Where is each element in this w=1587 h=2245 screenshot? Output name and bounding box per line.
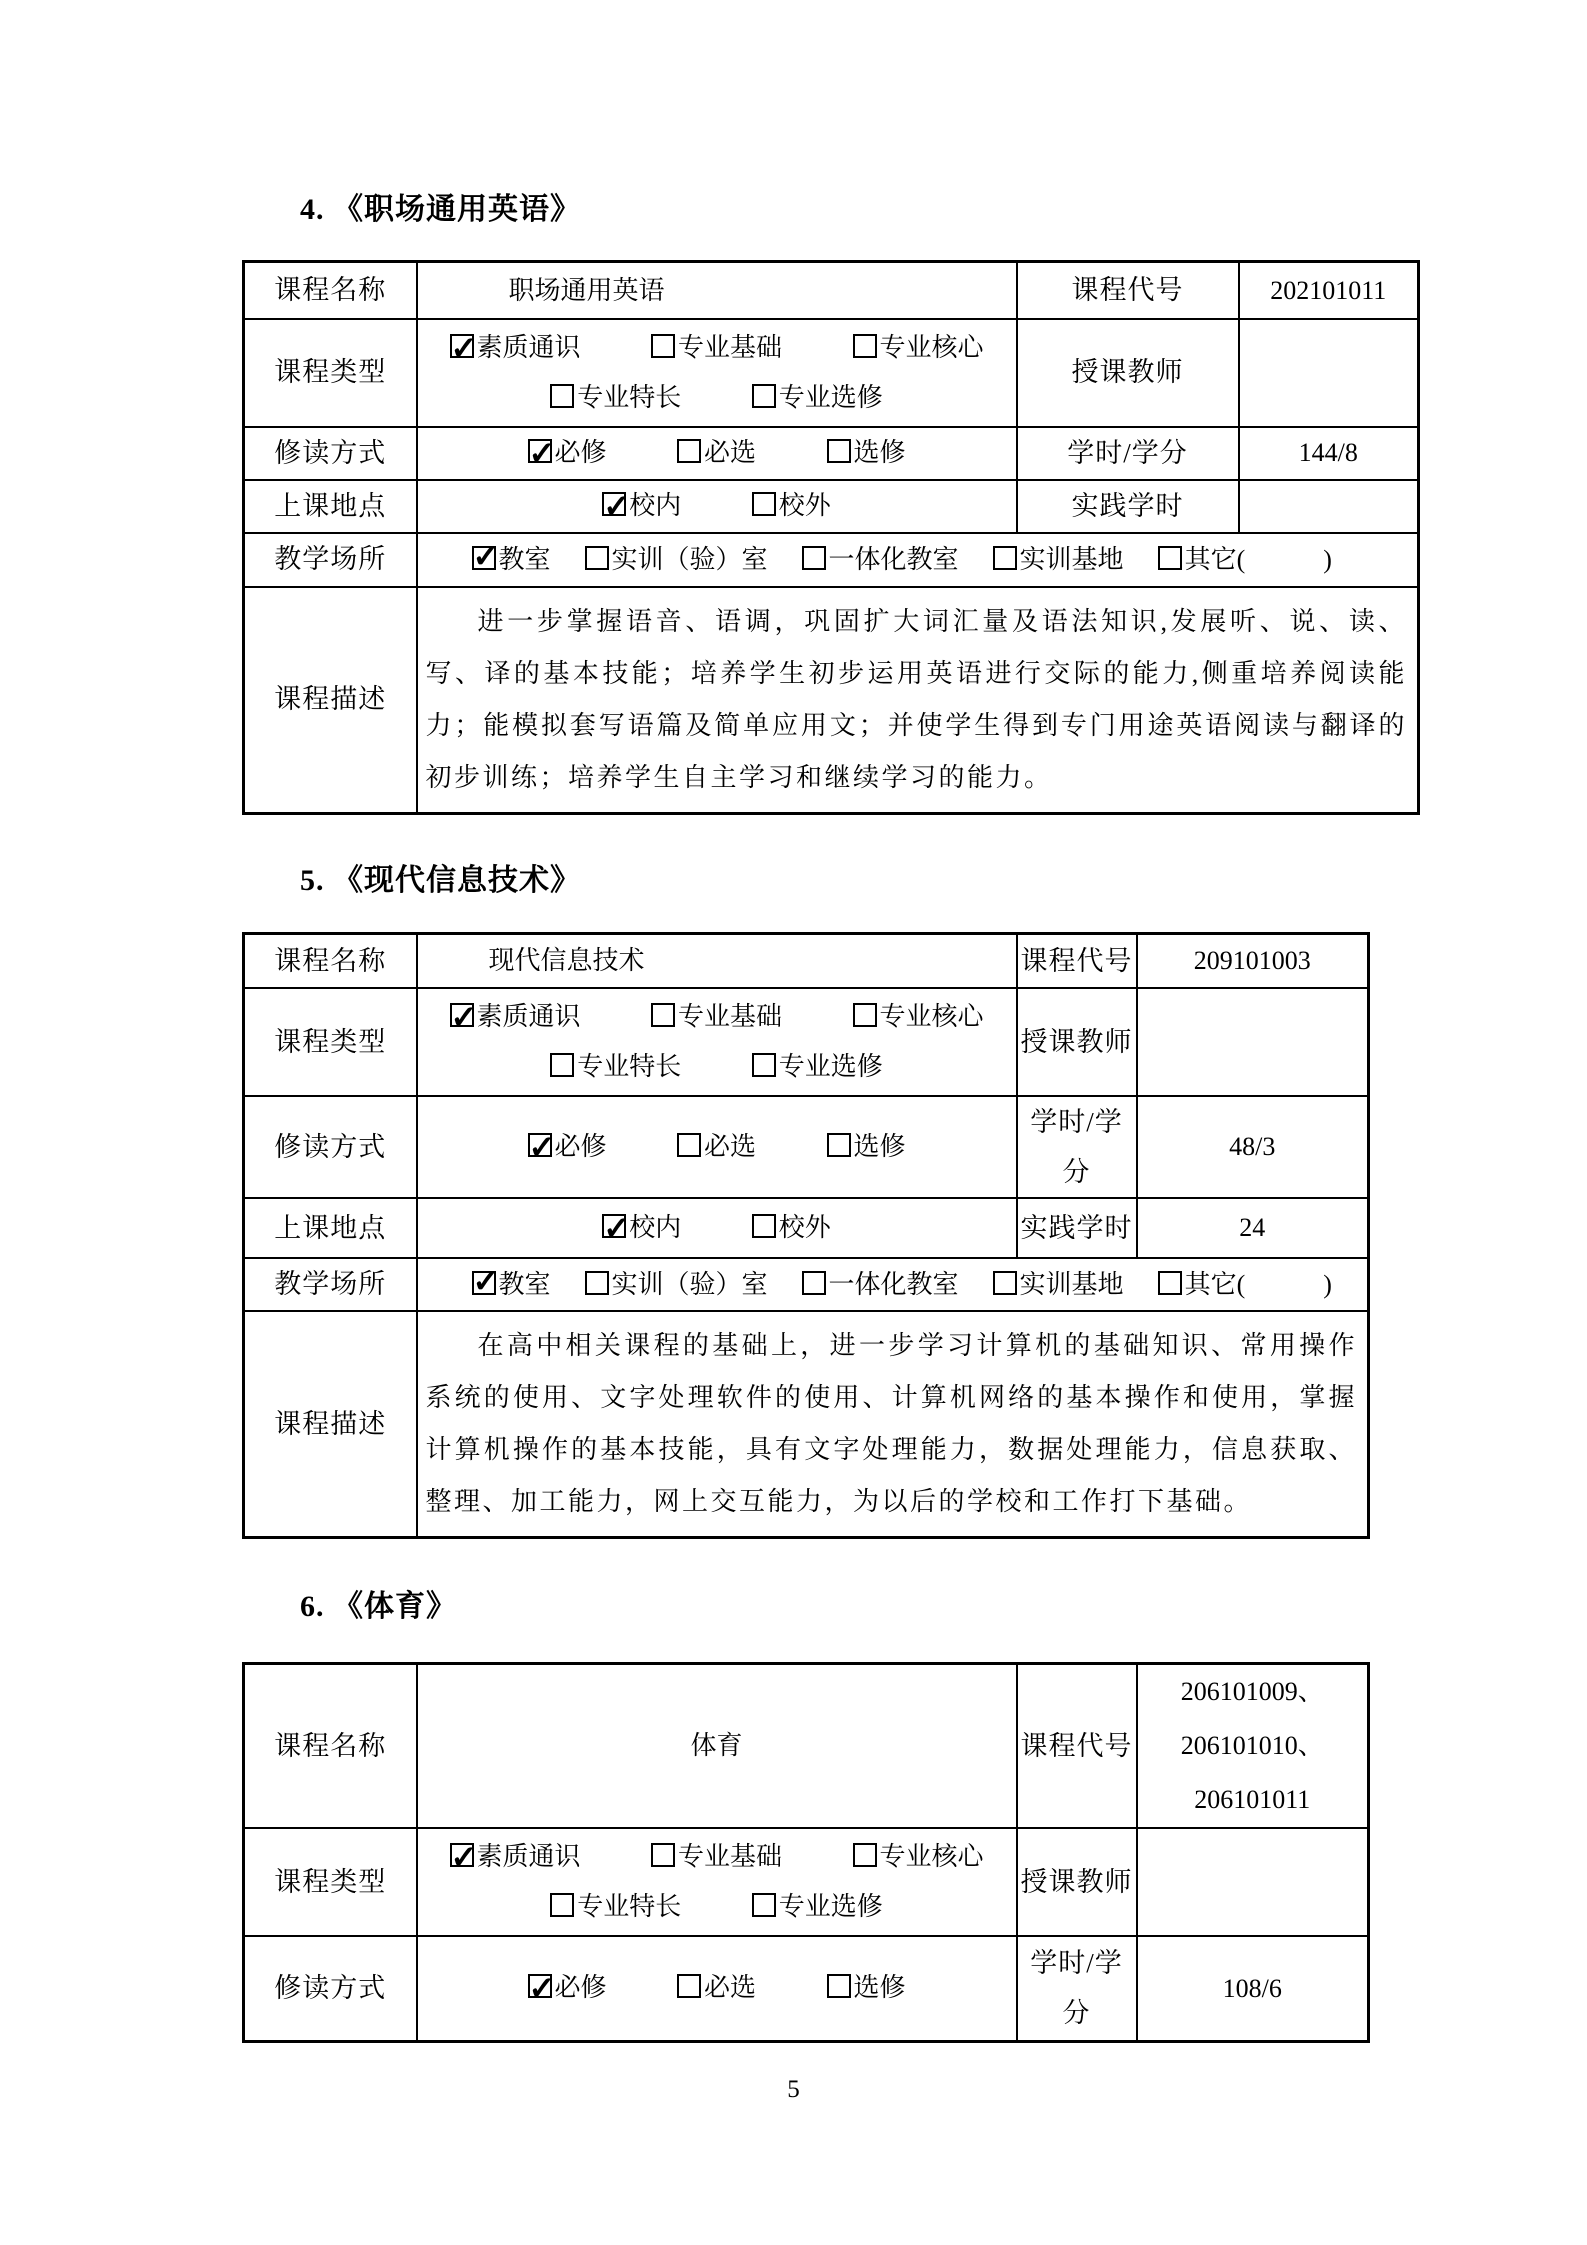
- course-code-label: 课程代号: [1017, 262, 1239, 319]
- course-type-label: 课程类型: [244, 988, 417, 1096]
- location-options-line: 校内 校外: [418, 481, 1016, 531]
- checkbox-option: 必修: [528, 1122, 607, 1172]
- option-label: 专业核心: [880, 1002, 984, 1031]
- option-label: 实训基地: [1020, 545, 1124, 574]
- study-mode-label: 修读方式: [244, 1096, 417, 1198]
- checkbox-icon: [450, 334, 474, 358]
- type-options-line1: 素质通识 专业基础 专业核心: [418, 323, 1016, 373]
- checkbox-icon: [550, 384, 574, 408]
- checkbox-icon: [827, 439, 851, 463]
- checkbox-icon: [853, 334, 877, 358]
- option-label: 实训基地: [1020, 1270, 1124, 1299]
- option-label: 专业选修: [779, 1892, 883, 1921]
- table-row: 课程名称 体育 课程代号 206101009、 206101010、 20610…: [244, 1664, 1369, 1829]
- table-row: 上课地点 校内 校外 实践学时 24: [244, 1198, 1369, 1258]
- option-label: 专业特长: [577, 1892, 681, 1921]
- checkbox-option: 专业选修: [752, 1042, 883, 1092]
- table-row: 课程名称 职场通用英语 课程代号 202101011: [244, 262, 1419, 319]
- option-label: 素质通识: [477, 1842, 581, 1871]
- checkbox-icon: [472, 546, 496, 570]
- course-type-options: 素质通识 专业基础 专业核心 专业特长 专业选修: [417, 319, 1017, 427]
- checkbox-icon: [602, 492, 626, 516]
- option-label: 实训（验）室: [612, 545, 768, 574]
- course-name-value: 职场通用英语: [417, 262, 1017, 319]
- option-label: 一体化教室: [829, 545, 959, 574]
- type-options-line2: 专业特长 专业选修: [418, 373, 1016, 423]
- checkbox-icon: [752, 1893, 776, 1917]
- checkbox-option: 专业特长: [550, 373, 681, 423]
- teacher-value: [1239, 319, 1419, 427]
- option-label: 校内: [629, 491, 681, 520]
- checkbox-option: 专业核心: [853, 992, 984, 1042]
- course-name-value: 体育: [417, 1664, 1017, 1829]
- option-label: 素质通识: [477, 333, 581, 362]
- checkbox-icon: [585, 1271, 609, 1295]
- study-options-line: 必修 必选 选修: [418, 428, 1016, 478]
- checkbox-icon: [802, 1271, 826, 1295]
- table-row: 教学场所 教室实训（验）室一体化教室实训基地其它( ): [244, 1258, 1369, 1311]
- option-label: 实训（验）室: [612, 1270, 768, 1299]
- checkbox-option: 校外: [752, 481, 831, 531]
- study-mode-options: 必修 必选 选修: [417, 1096, 1017, 1198]
- course-code-label: 课程代号: [1017, 1664, 1137, 1829]
- course-type-label: 课程类型: [244, 1828, 417, 1936]
- teaching-place-options: 教室实训（验）室一体化教室实训基地其它( ): [417, 1258, 1369, 1311]
- table-row: 课程类型 素质通识 专业基础 专业核心 专业特长 专业选修 授课教师: [244, 988, 1369, 1096]
- checkbox-icon: [802, 546, 826, 570]
- option-label: 其它( ): [1185, 1270, 1332, 1299]
- table-row: 课程描述 在高中相关课程的基础上，进一步学习计算机的基础知识、常用操作系统的使用…: [244, 1311, 1369, 1538]
- checkbox-icon: [472, 1271, 496, 1295]
- hours-credit-label: 学时/学 分: [1017, 1096, 1137, 1198]
- checkbox-option: 素质通识: [450, 992, 581, 1042]
- checkbox-option: 实训基地: [993, 1267, 1124, 1302]
- hours-credit-value: 144/8: [1239, 427, 1419, 480]
- study-mode-label: 修读方式: [244, 1936, 417, 2041]
- teacher-value: [1137, 988, 1369, 1096]
- course-code-value: 202101011: [1239, 262, 1419, 319]
- teacher-value: [1137, 1828, 1369, 1936]
- hours-credit-value: 48/3: [1137, 1096, 1369, 1198]
- checkbox-icon: [1158, 1271, 1182, 1295]
- checkbox-icon: [752, 492, 776, 516]
- checkbox-option: 校内: [602, 1203, 681, 1253]
- course-desc-text: 在高中相关课程的基础上，进一步学习计算机的基础知识、常用操作系统的使用、文字处理…: [417, 1311, 1369, 1538]
- option-label: 专业基础: [678, 333, 782, 362]
- checkbox-option: 专业基础: [651, 1832, 782, 1882]
- checkbox-option: 专业选修: [752, 373, 883, 423]
- location-options: 校内 校外: [417, 1198, 1017, 1258]
- teacher-label: 授课教师: [1017, 319, 1239, 427]
- section-title-5: 5. 《现代信息技术》: [300, 863, 1587, 899]
- checkbox-option: 素质通识: [450, 323, 581, 373]
- option-label: 教室: [499, 1270, 551, 1299]
- section-title-6: 6. 《体育》: [300, 1589, 1587, 1625]
- practice-hours-label: 实践学时: [1017, 1198, 1137, 1258]
- checkbox-icon: [677, 1974, 701, 1998]
- location-options-line: 校内 校外: [418, 1203, 1016, 1253]
- checkbox-option: 专业特长: [550, 1042, 681, 1092]
- checkbox-option: 一体化教室: [802, 542, 959, 577]
- course-table-workplace-english: 课程名称 职场通用英语 课程代号 202101011 课程类型 素质通识 专业基…: [242, 260, 1420, 815]
- teacher-label: 授课教师: [1017, 1828, 1137, 1936]
- checkbox-icon: [752, 1214, 776, 1238]
- checkbox-option: 选修: [827, 1122, 906, 1172]
- checkbox-option: 一体化教室: [802, 1267, 959, 1302]
- checkbox-option: 专业特长: [550, 1882, 681, 1932]
- course-desc-text: 进一步掌握语音、语调，巩固扩大词汇量及语法知识,发展听、说、读、写、译的基本技能…: [417, 587, 1419, 814]
- option-label: 专业基础: [678, 1842, 782, 1871]
- option-label: 必选: [704, 1973, 756, 2002]
- hours-credit-value: 108/6: [1137, 1936, 1369, 2041]
- type-options-line2: 专业特长 专业选修: [418, 1882, 1016, 1932]
- type-options-line1: 素质通识 专业基础 专业核心: [418, 992, 1016, 1042]
- document-page: 4. 《职场通用英语》 课程名称 职场通用英语 课程代号 202101011 课…: [0, 0, 1587, 2245]
- practice-hours-value: [1239, 480, 1419, 533]
- checkbox-icon: [827, 1133, 851, 1157]
- option-label: 专业核心: [880, 1842, 984, 1871]
- checkbox-option: 专业基础: [651, 992, 782, 1042]
- checkbox-option: 实训（验）室: [585, 542, 768, 577]
- checkbox-icon: [450, 1843, 474, 1867]
- checkbox-icon: [550, 1893, 574, 1917]
- course-desc-label: 课程描述: [244, 1311, 417, 1538]
- checkbox-option: 校内: [602, 481, 681, 531]
- study-mode-label: 修读方式: [244, 427, 417, 480]
- checkbox-icon: [450, 1003, 474, 1027]
- checkbox-icon: [651, 1003, 675, 1027]
- checkbox-option: 教室: [472, 1267, 551, 1302]
- checkbox-icon: [752, 1053, 776, 1077]
- practice-hours-label: 实践学时: [1017, 480, 1239, 533]
- option-label: 素质通识: [477, 1002, 581, 1031]
- option-label: 必修: [555, 438, 607, 467]
- practice-hours-value: 24: [1137, 1198, 1369, 1258]
- location-label: 上课地点: [244, 1198, 417, 1258]
- course-type-label: 课程类型: [244, 319, 417, 427]
- checkbox-icon: [993, 1271, 1017, 1295]
- checkbox-option: 专业核心: [853, 323, 984, 373]
- hours-credit-label: 学时/学 分: [1017, 1936, 1137, 2041]
- option-label: 校内: [629, 1213, 681, 1242]
- checkbox-option: 专业基础: [651, 323, 782, 373]
- checkbox-option: 实训（验）室: [585, 1267, 768, 1302]
- checkbox-option: 其它( ): [1158, 1267, 1332, 1302]
- option-label: 校外: [779, 1213, 831, 1242]
- checkbox-option: 必修: [528, 428, 607, 478]
- option-label: 专业选修: [779, 383, 883, 412]
- course-name-label: 课程名称: [244, 262, 417, 319]
- checkbox-icon: [677, 1133, 701, 1157]
- teaching-place-label: 教学场所: [244, 533, 417, 587]
- checkbox-option: 必修: [528, 1963, 607, 2013]
- checkbox-icon: [651, 1843, 675, 1867]
- checkbox-icon: [1158, 546, 1182, 570]
- option-label: 专业核心: [880, 333, 984, 362]
- checkbox-icon: [528, 1974, 552, 1998]
- course-table-information-technology: 课程名称 现代信息技术 课程代号 209101003 课程类型 素质通识 专业基…: [242, 932, 1370, 1540]
- study-options-line: 必修 必选 选修: [418, 1963, 1016, 2013]
- checkbox-option: 专业选修: [752, 1882, 883, 1932]
- checkbox-option: 必选: [677, 1963, 756, 2013]
- course-code-value: 206101009、 206101010、 206101011: [1137, 1664, 1369, 1829]
- study-options-line: 必修 必选 选修: [418, 1122, 1016, 1172]
- study-mode-options: 必修 必选 选修: [417, 1936, 1017, 2041]
- checkbox-option: 实训基地: [993, 542, 1124, 577]
- table-row: 课程类型 素质通识 专业基础 专业核心 专业特长 专业选修 授课教师: [244, 319, 1419, 427]
- course-table-physical-education: 课程名称 体育 课程代号 206101009、 206101010、 20610…: [242, 1662, 1370, 2043]
- table-row: 修读方式 必修 必选 选修 学时/学 分 48/3: [244, 1096, 1369, 1198]
- option-label: 专业选修: [779, 1052, 883, 1081]
- page-number: 5: [0, 2076, 1587, 2104]
- checkbox-option: 必选: [677, 428, 756, 478]
- checkbox-icon: [528, 439, 552, 463]
- checkbox-option: 校外: [752, 1203, 831, 1253]
- location-label: 上课地点: [244, 480, 417, 533]
- course-type-options: 素质通识 专业基础 专业核心 专业特长 专业选修: [417, 988, 1017, 1096]
- type-options-line1: 素质通识 专业基础 专业核心: [418, 1832, 1016, 1882]
- option-label: 专业特长: [577, 383, 681, 412]
- option-label: 选修: [854, 438, 906, 467]
- study-mode-options: 必修 必选 选修: [417, 427, 1017, 480]
- course-name-label: 课程名称: [244, 933, 417, 988]
- checkbox-icon: [651, 334, 675, 358]
- hours-credit-label: 学时/学分: [1017, 427, 1239, 480]
- option-label: 专业特长: [577, 1052, 681, 1081]
- course-desc-label: 课程描述: [244, 587, 417, 814]
- option-label: 必选: [704, 1132, 756, 1161]
- checkbox-icon: [827, 1974, 851, 1998]
- option-label: 选修: [854, 1132, 906, 1161]
- option-label: 专业基础: [678, 1002, 782, 1031]
- checkbox-icon: [585, 546, 609, 570]
- course-name-label: 课程名称: [244, 1664, 417, 1829]
- type-options-line2: 专业特长 专业选修: [418, 1042, 1016, 1092]
- table-row: 课程类型 素质通识 专业基础 专业核心 专业特长 专业选修 授课教师: [244, 1828, 1369, 1936]
- course-name-value: 现代信息技术: [417, 933, 1017, 988]
- option-label: 其它( ): [1185, 545, 1332, 574]
- option-label: 必选: [704, 438, 756, 467]
- option-label: 校外: [779, 491, 831, 520]
- table-row: 修读方式 必修 必选 选修 学时/学 分 108/6: [244, 1936, 1369, 2041]
- option-label: 必修: [555, 1132, 607, 1161]
- checkbox-icon: [752, 384, 776, 408]
- section-title-4: 4. 《职场通用英语》: [300, 192, 1587, 228]
- checkbox-option: 素质通识: [450, 1832, 581, 1882]
- course-type-options: 素质通识 专业基础 专业核心 专业特长 专业选修: [417, 1828, 1017, 1936]
- checkbox-option: 其它( ): [1158, 542, 1332, 577]
- checkbox-option: 选修: [827, 1963, 906, 2013]
- option-label: 选修: [854, 1973, 906, 2002]
- checkbox-icon: [853, 1843, 877, 1867]
- checkbox-icon: [528, 1133, 552, 1157]
- checkbox-option: 选修: [827, 428, 906, 478]
- table-row: 教学场所 教室实训（验）室一体化教室实训基地其它( ): [244, 533, 1419, 587]
- course-code-label: 课程代号: [1017, 933, 1137, 988]
- table-row: 上课地点 校内 校外 实践学时: [244, 480, 1419, 533]
- table-row: 修读方式 必修 必选 选修 学时/学分 144/8: [244, 427, 1419, 480]
- option-label: 教室: [499, 545, 551, 574]
- teaching-place-label: 教学场所: [244, 1258, 417, 1311]
- table-row: 课程名称 现代信息技术 课程代号 209101003: [244, 933, 1369, 988]
- checkbox-icon: [993, 546, 1017, 570]
- location-options: 校内 校外: [417, 480, 1017, 533]
- checkbox-icon: [677, 439, 701, 463]
- checkbox-icon: [550, 1053, 574, 1077]
- checkbox-option: 必选: [677, 1122, 756, 1172]
- checkbox-option: 专业核心: [853, 1832, 984, 1882]
- checkbox-icon: [602, 1214, 626, 1238]
- table-row: 课程描述 进一步掌握语音、语调，巩固扩大词汇量及语法知识,发展听、说、读、写、译…: [244, 587, 1419, 814]
- checkbox-icon: [853, 1003, 877, 1027]
- option-label: 一体化教室: [829, 1270, 959, 1299]
- course-code-value: 209101003: [1137, 933, 1369, 988]
- teaching-place-options: 教室实训（验）室一体化教室实训基地其它( ): [417, 533, 1419, 587]
- checkbox-option: 教室: [472, 542, 551, 577]
- option-label: 必修: [555, 1973, 607, 2002]
- teacher-label: 授课教师: [1017, 988, 1137, 1096]
